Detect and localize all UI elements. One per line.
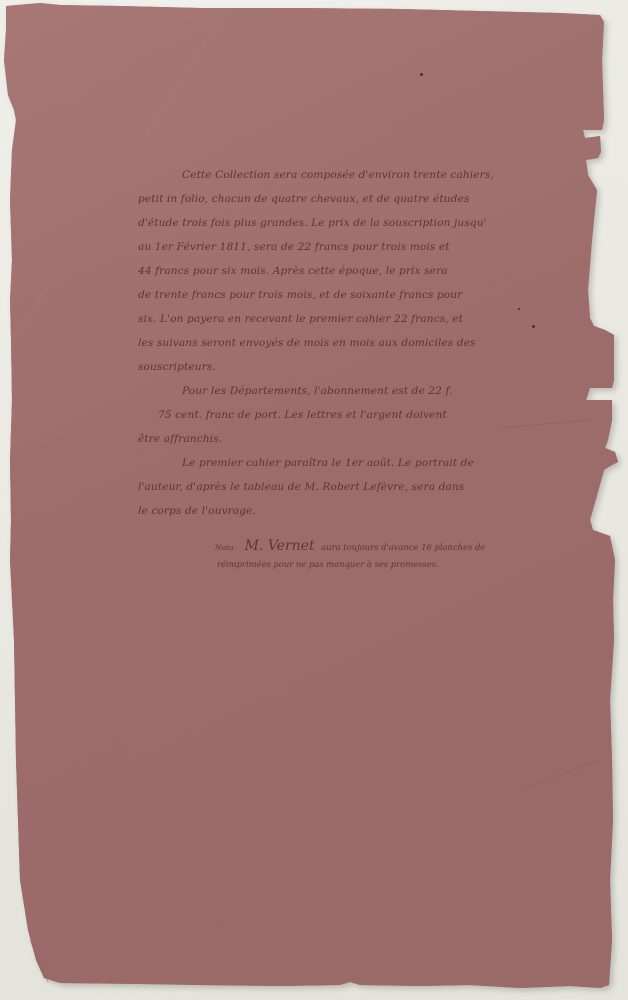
- text-line: petit in folio, chacun de quatre chevaux…: [138, 187, 522, 211]
- text-line: six. L'on payera en recevant le premier …: [138, 307, 522, 331]
- note-label: Nota.: [215, 543, 236, 552]
- text-line: souscripteurs.: [138, 355, 522, 379]
- text-line: réimprimées pour ne pas manquer à ses pr…: [215, 556, 515, 572]
- text-line: Cette Collection sera composée d'environ…: [138, 163, 522, 187]
- text-line: au 1er Février 1811, sera de 22 francs p…: [138, 235, 522, 259]
- text-line: être affranchis.: [138, 427, 522, 451]
- text-line: 44 francs pour six mois. Après cette épo…: [138, 259, 522, 283]
- note-author-name: M. Vernet: [245, 538, 315, 554]
- text-line: le corps de l'ouvrage.: [138, 499, 522, 523]
- text-line: l'auteur, d'après le tableau de M. Rober…: [138, 475, 522, 499]
- nota-bene-note: Nota. M. Vernet aura toujours d'avance 1…: [215, 538, 515, 572]
- paragraph-subscription: Cette Collection sera composée d'environ…: [138, 163, 522, 379]
- text-line: Pour les Départements, l'abonnement est …: [138, 379, 522, 403]
- paper-stain: [420, 73, 423, 76]
- text-line: d'étude trois fois plus grandes. Le prix…: [138, 211, 522, 235]
- paragraph-departments: Pour les Départements, l'abonnement est …: [138, 379, 522, 451]
- note-first-line: Nota. M. Vernet aura toujours d'avance 1…: [215, 538, 515, 556]
- text-line: 75 cent. franc de port. Les lettres et l…: [138, 403, 522, 427]
- text-line: aura toujours d'avance 16 planches de: [321, 542, 485, 552]
- paper-stain: [532, 325, 535, 328]
- paragraph-first-issue: Le premier cahier paraîtra le 1er août. …: [138, 451, 522, 523]
- manuscript-body: Cette Collection sera composée d'environ…: [138, 163, 522, 523]
- text-line: Le premier cahier paraîtra le 1er août. …: [138, 451, 522, 475]
- text-line: les suivans seront envoyés de mois en mo…: [138, 331, 522, 355]
- text-line: de trente francs pour trois mois, et de …: [138, 283, 522, 307]
